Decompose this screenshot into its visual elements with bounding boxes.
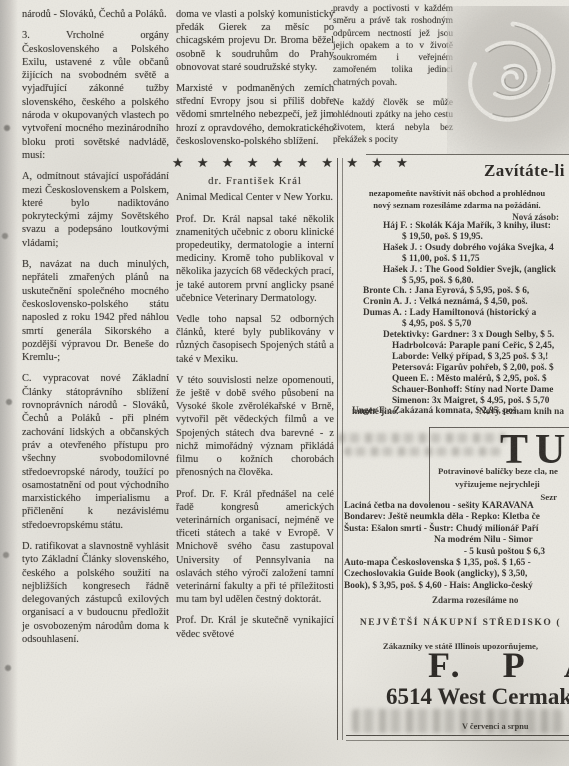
cheap-reading-line: Book), $ 3,95, poš. $ 4,60 - Hais: Angli… <box>344 581 569 592</box>
cheap-reading-line: - 5 kusů poštou $ 6,3 <box>344 547 569 558</box>
ad-box-top-rule <box>366 154 569 155</box>
book-list-line: Bronte Ch. : Jana Eyrová, $ 5,95, poš. $… <box>363 286 569 297</box>
article-paragraph: Animal Medical Center v New Yorku. <box>176 191 334 204</box>
store-name: F. P A <box>428 644 569 686</box>
book-list-line: Queen E. : Město malérů, $ 2,95, poš. $ <box>392 374 569 385</box>
article-paragraph: V této souvislosti nelze opomenouti, že … <box>176 374 334 480</box>
newspaper-page: národů - Slováků, Čechů a Poláků.3. Vrch… <box>0 0 569 766</box>
article-paragraph: Marxisté v podmaněných zemích střední Ev… <box>176 82 334 148</box>
book-list-line: Laborde: Velký případ, $ 3,25 poš. $ 3,! <box>392 352 569 363</box>
article-paragraph: Vedle toho napsal 52 odborných článků, k… <box>176 313 334 366</box>
ad-intro-lines: nezapomeňte navštívit náš obchod a prohl… <box>345 187 569 211</box>
article-paragraphs-body: Animal Medical Center v New Yorku.Prof. … <box>176 191 334 640</box>
faded-print-smudge <box>338 433 506 443</box>
article-column-left: národů - Slováků, Čechů a Poláků.3. Vrch… <box>22 8 169 654</box>
star-divider: ★ ★ ★ ★ ★ ★ ★ ★ ★ ★ <box>172 156 334 169</box>
book-list-line: Simenon: 3x Maigret, $ 4,95, poš. $ 5,70 <box>392 396 569 407</box>
rose-photo <box>447 6 569 154</box>
article-paragraph: Ne každý člověk se může ohlédnouti zpátk… <box>333 97 453 146</box>
cheap-reading-line: Laciná četba na dovolenou - sešity KARAV… <box>344 501 569 512</box>
book-list-line: Cronin A. J. : Velká neznámá, $ 4,50, po… <box>363 297 569 308</box>
cheap-reading-line: Czechoslovakia Guide Book (anglicky), $ … <box>344 569 569 580</box>
book-list-line: Schauer-Bonhoff: Stíny nad Norte Dame <box>392 385 569 396</box>
article-paragraph: Prof. Dr. F. Král přednášel na celé řadě… <box>176 488 334 607</box>
book-list: Háj F. : Školák Kája Mařík, 3 knihy, ilu… <box>350 221 569 417</box>
book-list-line: Hašek J. : Osudy dobrého vojáka Švejka, … <box>383 243 569 254</box>
book-list-line: Dumas A. : Lady Hamiltonová (historický … <box>363 308 569 319</box>
article-paragraph: A, odmítnout stávající uspořádání mezi Č… <box>22 170 169 250</box>
scan-edge-shadow <box>0 0 18 766</box>
tu-box-left-rule <box>429 427 430 501</box>
ad-intro-line: nezapomeňte navštívit náš obchod a prohl… <box>345 187 569 199</box>
article-paragraph: B, navázat na duch minulých, nepřáteli z… <box>22 258 169 364</box>
faded-print-smudge <box>344 447 502 456</box>
article-heading: dr. František Král <box>176 175 334 188</box>
book-list-line: $ 4,95, poš. $ 5,70 <box>402 319 569 330</box>
article-paragraphs-top: doma ve vlasti a polský komunistický pře… <box>176 8 334 148</box>
store-address: 6514 West Cermak R <box>386 684 569 710</box>
book-list-line: Háj F. : Školák Kája Mařík, 3 knihy, ilu… <box>383 221 569 232</box>
article-paragraph: Prof. Dr. Král napsal také několik zname… <box>176 213 334 305</box>
article-column-middle: doma ve vlasti a polský komunistický pře… <box>176 8 334 649</box>
ad-box-left-rule <box>337 158 343 740</box>
article-paragraph: 3. Vrcholné orgány Československého a Po… <box>22 29 169 162</box>
more-titles-note: mnohé jiné. <box>352 407 399 417</box>
book-list-line: Detektivky: Gardner: 3 x Dough Selby, $ … <box>383 330 569 341</box>
book-list-line: $ 5,95, poš. $ 6,80. <box>402 276 569 287</box>
book-list-line: $ 11,00, poš. $ 11,75 <box>402 254 569 265</box>
ad-headline: Zavítáte-li <box>484 161 565 181</box>
ad-box-bottom-rule-inner <box>346 740 569 741</box>
new-catalog-note: Nový seznam knih na <box>479 407 564 417</box>
book-list-line: $ 19,50, poš. $ 19,95. <box>402 232 569 243</box>
ad-intro-line: nový seznam rozesíláme zdarma na požádán… <box>345 199 569 211</box>
cheap-reading-list: Laciná četba na dovolenou - sešity KARAV… <box>344 501 569 592</box>
season-note: V červenci a srpnu <box>462 722 528 731</box>
article-paragraph: národů - Slováků, Čechů a Poláků. <box>22 8 169 21</box>
cheap-reading-line: Bondarev: Ještě neumkla děla - Repko: Kl… <box>344 512 569 523</box>
free-mailing-note: Zdarma rozesíláme no <box>432 595 518 605</box>
article-paragraph: pravdy a poctivosti v každém směru a prá… <box>333 3 453 89</box>
article-paragraph: Prof. Dr. Král je skutečně vynikající vě… <box>176 614 334 640</box>
tu-ad-line: Potravinové balíčky beze cla, ne <box>438 466 558 476</box>
book-list-footer: mnohé jiné. Nový seznam knih na <box>352 407 564 417</box>
store-banner: NEJVĚTŠÍ NÁKUPNÍ STŘEDISKO ( <box>352 618 569 628</box>
cheap-reading-line: Auto-mapa Československa $ 1,35, poš. $ … <box>344 558 569 569</box>
faded-print-smudge <box>352 709 562 733</box>
article-column-right: pravdy a poctivosti v každém směru a prá… <box>333 3 453 154</box>
cheap-reading-line: Šusta: Ešalon smrti - Šustr: Chudý milio… <box>344 524 569 535</box>
book-list-line: Hadrbolcová: Paraple paní Čeřic, $ 2,45, <box>392 341 569 352</box>
article-paragraph: doma ve vlasti a polský komunistický pře… <box>176 8 334 74</box>
tu-ad-line: vyřizujeme nejrychleji <box>455 479 540 489</box>
book-list-line: Petersová: Figarův pohřeb, $ 2,00, poš. … <box>392 363 569 374</box>
article-paragraph: D. ratifikovat a slavnostně vyhlásit tyt… <box>22 540 169 646</box>
cheap-reading-line: Na modrém Nilu - Simor <box>344 535 569 546</box>
article-paragraph: C. vypracovat nové Základní Články státo… <box>22 372 169 532</box>
book-list-line: Hašek J. : The Good Soldier Svejk, (angl… <box>383 265 569 276</box>
ad-box-bottom-rule-outer <box>346 735 569 736</box>
